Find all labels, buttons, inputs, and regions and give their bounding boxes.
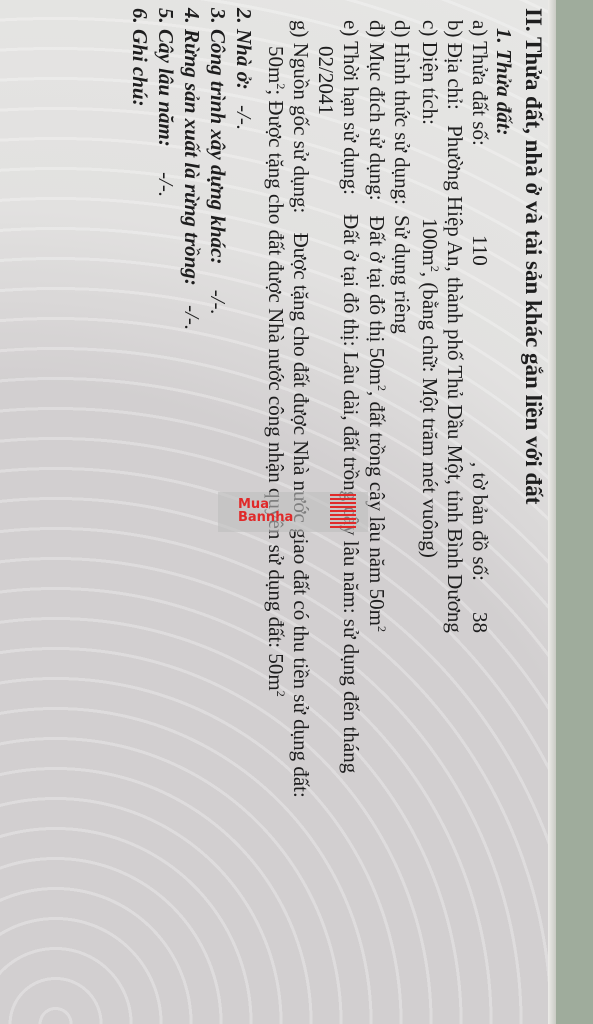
use-form-label: d) Hình thức sử dụng:	[390, 20, 414, 205]
map-sheet-value: 38	[467, 612, 492, 633]
use-form-row: d) Hình thức sử dụng: Sử dụng riêng	[389, 20, 414, 205]
perennial-trees-value: -/-.	[154, 172, 178, 197]
house-row: 2. Nhà ở: -/-.	[231, 8, 256, 130]
map-sheet-label: , tờ bản đồ số:	[467, 462, 492, 581]
origin-label: g) Nguồn gốc sử dụng:	[289, 20, 313, 213]
other-construction-row: 3. Công trình xây dựng khác: -/-.	[205, 8, 230, 315]
area-label: c) Diện tích:	[418, 20, 442, 125]
other-construction-value: -/-.	[206, 290, 230, 315]
house-heading: 2. Nhà ở:	[232, 8, 256, 90]
land-heading: 1. Thửa đất:	[491, 28, 516, 136]
watermark-text: Mua Bannha	[238, 498, 293, 524]
duration-row: e) Thời hạn sử dụng: Đất ở tại đô thị: L…	[338, 20, 363, 773]
purpose-label: đ) Mục đích sử dụng:	[365, 20, 389, 201]
purpose-value: Đất ở tại đô thị 50m2, đất trồng cây lâu…	[365, 216, 389, 632]
notes-heading: 6. Ghi chú:	[127, 8, 152, 107]
address-value: Phường Hiệp An, thành phố Thủ Dầu Một, t…	[443, 125, 467, 633]
house-value: -/-.	[232, 105, 256, 130]
parcel-value: 110	[467, 235, 492, 266]
area-row: c) Diện tích: 100m2, (bằng chữ: Một trăm…	[417, 20, 442, 125]
origin-value-cont: 50m2; Được tặng cho đất được Nhà nước cô…	[263, 46, 288, 697]
duration-value-cont: 02/2041	[313, 46, 338, 115]
purpose-row: đ) Mục đích sử dụng: Đất ở tại đô thị 50…	[364, 20, 389, 632]
production-forest-heading: 4. Rừng sản xuất là rừng trồng:	[180, 8, 204, 286]
use-form-value: Sử dụng riêng	[389, 215, 414, 334]
perennial-trees-heading: 5. Cây lâu năm:	[154, 8, 178, 147]
area-value: 100m2, (bằng chữ: Một trăm mét vuông)	[417, 218, 442, 558]
section-title: II. Thửa đất, nhà ở và tài sản khác gắn …	[521, 8, 546, 504]
production-forest-row: 4. Rừng sản xuất là rừng trồng: -/-.	[179, 8, 204, 330]
watermark-logo: Mua Bannha	[218, 492, 368, 532]
production-forest-value: -/-.	[180, 305, 204, 330]
address-label: b) Địa chỉ:	[443, 20, 467, 110]
parcel-label: a) Thửa đất số:	[468, 20, 492, 146]
origin-row: g) Nguồn gốc sử dụng: Được tặng cho đất …	[288, 20, 313, 798]
perennial-trees-row: 5. Cây lâu năm: -/-.	[153, 8, 178, 197]
duration-label: e) Thời hạn sử dụng:	[339, 20, 363, 195]
parcel-number-row: a) Thửa đất số: 110 , tờ bản đồ số: 38	[467, 20, 492, 146]
watermark-building-icon	[330, 494, 356, 528]
address-row: b) Địa chỉ: Phường Hiệp An, thành phố Th…	[442, 20, 467, 633]
other-construction-heading: 3. Công trình xây dựng khác:	[206, 8, 230, 264]
